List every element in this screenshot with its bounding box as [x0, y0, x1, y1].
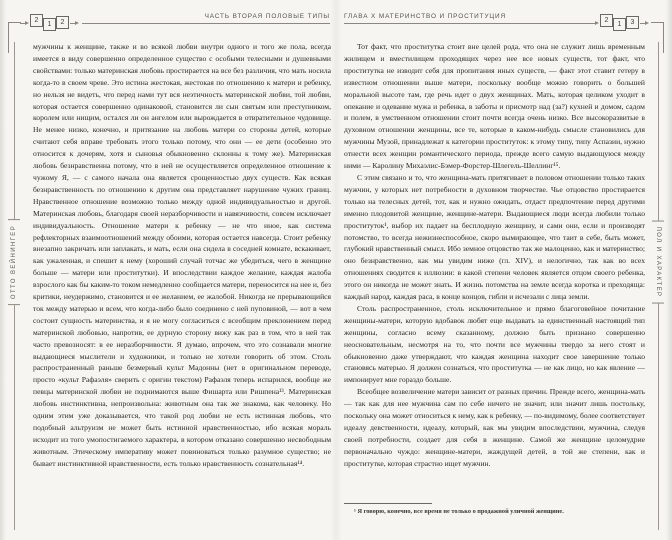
page-number-digit: 1	[43, 18, 56, 31]
book-spread: 2 1 2 ЧАСТЬ ВТОРАЯ ПОЛОВЫЕ ТИПЫ ГЛАВА X …	[0, 0, 672, 540]
page-gutter	[330, 0, 342, 540]
left-page-body: мужчины к женщине, также и во всякой люб…	[33, 41, 331, 533]
paragraph: мужчины к женщине, также и во всякой люб…	[33, 41, 331, 470]
arrow-head-icon	[75, 21, 79, 25]
running-head-title: ЧАСТЬ ВТОРАЯ ПОЛОВЫЕ ТИПЫ	[205, 13, 330, 20]
paragraph: С этим связано и то, что женщина-мать пр…	[344, 172, 645, 303]
right-running-head: ГЛАВА X МАТЕРИНСТВО И ПРОСТИТУЦИЯ 2 1 3	[336, 10, 672, 36]
arrow-head-icon	[645, 21, 649, 25]
footnote-rule	[344, 503, 432, 504]
left-running-head: 2 1 2 ЧАСТЬ ВТОРАЯ ПОЛОВЫЕ ТИПЫ	[0, 10, 336, 36]
running-head-title: ГЛАВА X МАТЕРИНСТВО И ПРОСТИТУЦИЯ	[344, 13, 506, 20]
paragraph: Всеобщее возвеличение матери зависит от …	[344, 386, 645, 469]
page-number-digit: 3	[626, 16, 639, 29]
paragraph: Столь распространенное, столь исключител…	[344, 303, 645, 386]
page-number-digit: 1	[613, 18, 626, 31]
arrow-head-icon	[25, 21, 29, 25]
running-head-rule	[344, 23, 590, 24]
book-title-margin-label: ПОЛ И ХАРАКТЕР	[652, 221, 664, 304]
scan-edge-right	[666, 0, 672, 540]
page-number-digit: 2	[56, 16, 69, 29]
author-margin-label: ОТТО ВЕЙНИНГЕР	[8, 219, 20, 305]
right-page-body: Тот факт, что проститутка стоит вне целе…	[344, 41, 645, 493]
page-number-digit: 2	[30, 14, 43, 27]
footnote-text: ¹ Я говорю, конечно, все время не только…	[344, 507, 645, 516]
paragraph: Тот факт, что проститутка стоит вне целе…	[344, 41, 645, 172]
scan-edge-left	[0, 0, 6, 540]
page-number-digit: 2	[600, 14, 613, 27]
arrow-head-icon	[595, 21, 599, 25]
running-head-rule	[82, 23, 330, 24]
